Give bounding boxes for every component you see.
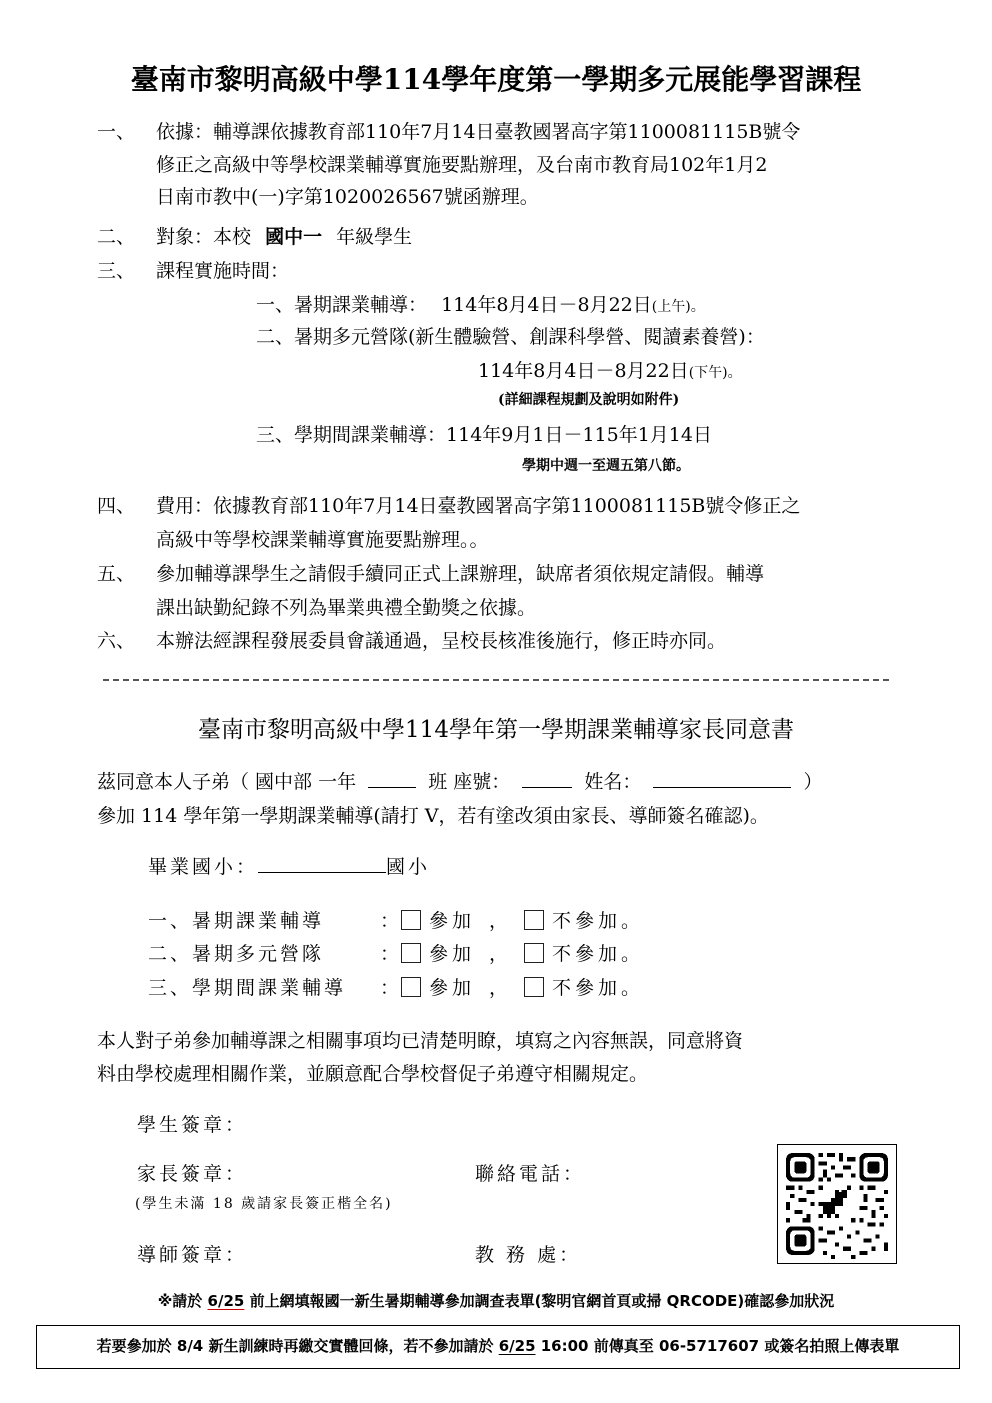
qr-code-graphic [778,1145,896,1263]
decline-label: 不參加。 [552,910,644,932]
section-label: 課程實施時間： [156,256,289,283]
decline-label: 不參加。 [552,977,644,999]
schedule-item-date: 114年8月4日－8月22日 [441,294,652,316]
option-label: 一、暑期課業輔導 [148,906,380,933]
section-text: 課出缺勤紀錄不列為畢業典禮全勤獎之依據。 [156,593,536,620]
section-text: 高級中等學校課業輔導實施要點辦理。。 [156,525,489,552]
section-text: 依據：輔導課依據教育部110年7月14日臺教國署高字第1100081115B號令 [156,117,800,144]
join-label: 參加 [429,977,475,999]
boxed-notice-text: 16:00 前傳真至 06-5717607 或簽名拍照上傳表單 [541,1337,900,1355]
section-text: 參加輔導課學生之請假手續同正式上課辦理，缺席者須依規定請假。輔導 [156,559,764,586]
schedule-item: 三、學期間課業輔導：114年9月1日－115年1月14日 [256,420,712,447]
decline-checkbox[interactable] [524,943,544,963]
join-label: 參加 [429,910,475,932]
schedule-item-detail: 學期中週一至週五第八節。 [522,455,690,475]
separator: ， [489,977,508,999]
target-suffix: 年級學生 [336,226,412,248]
target-prefix: 對象：本校 [156,226,251,248]
graduated-school-label: 畢業國小： [148,856,258,878]
consent-title: 臺南市黎明高級中學114學年第一學期課業輔導家長同意書 [0,711,992,744]
schedule-item-label: 三、學期間課業輔導： [256,424,446,446]
parent-signature-note: (學生未滿 18 歲請家長簽正楷全名) [135,1193,393,1213]
schedule-item-note: (下午)。 [689,365,742,381]
section-text: 費用：依據教育部110年7月14日臺教國署高字第1100081115B號令修正之 [156,491,800,518]
section-number: 五、 [97,559,135,586]
graduated-school-blank-field[interactable] [258,854,386,873]
consent-student-line: 茲同意本人子弟（ 國中部 一年 班 座號： 姓名： ） [97,767,822,794]
boxed-notice-text: 若要參加於 8/4 新生訓練時再繳交實體回條，若不參加請於 [97,1337,494,1355]
consent-statement: 料由學校處理相關作業，並願意配合學校督促子弟遵守相關規定。 [97,1059,648,1086]
separator: ， [489,943,508,965]
schedule-item-date-text: 114年8月4日－8月22日 [478,360,689,382]
teacher-signature-field[interactable]: 導師簽章： [137,1240,247,1267]
cut-line-divider [103,679,889,681]
student-name-blank-field[interactable] [653,769,791,788]
join-checkbox[interactable] [401,943,421,963]
option-row-semester-tutoring: 三、學期間課業輔導：參加，不參加。 [148,973,644,1000]
schedule-item: 一、暑期課業輔導： 114年8月4日－8月22日(上午)。 [256,290,705,317]
online-survey-notice: ※請於 6/25 前上網填報國一新生暑期輔導參加調查表單(黎明官網首頁或掃 QR… [0,1290,992,1311]
notice-deadline-date: 6/25 [208,1292,245,1310]
colon: ： [380,943,399,965]
option-label: 三、學期間課業輔導 [148,973,380,1000]
section-number: 四、 [97,491,135,518]
section-number: 二、 [97,222,135,249]
schedule-item: 二、暑期多元營隊(新生體驗營、創課科學營、閱讀素養營)： [256,322,765,349]
name-label: 姓名： [584,771,641,793]
section-number: 三、 [97,256,135,283]
section-text: 本辦法經課程發展委員會議通過，呈校長核准後施行，修正時亦同。 [156,626,726,653]
section-text: 對象：本校 國中一 年級學生 [156,222,412,249]
boxed-notice-date: 6/25 [499,1337,536,1355]
option-row-summer-camps: 二、暑期多元營隊：參加，不參加。 [148,939,644,966]
notice-prefix: ※請於 [158,1292,203,1310]
schedule-item-label: 一、暑期課業輔導： [256,294,427,316]
student-signature-field[interactable]: 學生簽章： [137,1110,247,1137]
document-title: 臺南市黎明高級中學114學年度第一學期多元展能學習課程 [0,58,992,98]
decline-checkbox[interactable] [524,977,544,997]
join-checkbox[interactable] [401,910,421,930]
separator: ， [489,910,508,932]
join-label: 參加 [429,943,475,965]
section-text: 日南市教中(一)字第1020026567號函辦理。 [156,182,539,209]
academic-office-field[interactable]: 教 務 處： [475,1240,581,1267]
consent-participation-line: 參加 114 學年第一學期課業輔導(請打 V，若有塗改須由家長、導師簽名確認)。 [97,801,769,828]
section-number: 一、 [97,117,135,144]
class-seat-label: 班 座號： [428,771,510,793]
colon: ： [380,910,399,932]
class-blank-field[interactable] [368,769,416,788]
decline-checkbox[interactable] [524,910,544,930]
schedule-item-detail: (詳細課程規劃及說明如附件) [498,389,679,409]
schedule-item-note: (上午)。 [652,299,705,315]
schedule-item-date: 114年9月1日－115年1月14日 [446,424,712,446]
option-row-summary-tutoring: 一、暑期課業輔導：參加，不參加。 [148,906,644,933]
section-number: 六、 [97,626,135,653]
seat-number-blank-field[interactable] [522,769,572,788]
consent-intro: 茲同意本人子弟（ 國中部 一年 [97,771,356,793]
decline-label: 不參加。 [552,943,644,965]
contact-phone-field[interactable]: 聯絡電話： [475,1159,585,1186]
colon: ： [380,977,399,999]
close-paren: ） [803,771,822,793]
consent-statement: 本人對子弟參加輔導課之相關事項均已清楚明瞭，填寫之內容無誤，同意將資 [97,1026,743,1053]
graduated-school-suffix: 國小 [386,856,430,878]
parent-signature-field[interactable]: 家長簽章： [137,1159,247,1186]
option-label: 二、暑期多元營隊 [148,939,380,966]
schedule-item-date: 114年8月4日－8月22日(下午)。 [478,356,742,383]
graduated-school-line: 畢業國小：國小 [148,852,430,879]
qr-code-icon[interactable] [777,1144,897,1264]
join-checkbox[interactable] [401,977,421,997]
target-grade: 國中一 [265,226,322,248]
section-text: 修正之高級中等學校課業輔導實施要點辦理，及台南市教育局102年1月2 [156,150,767,177]
notice-text: 前上網填報國一新生暑期輔導參加調查表單(黎明官網首頁或掃 QRCODE)確認參加… [250,1292,835,1310]
return-slip-notice-box: 若要參加於 8/4 新生訓練時再繳交實體回條，若不參加請於 6/25 16:00… [36,1325,960,1369]
